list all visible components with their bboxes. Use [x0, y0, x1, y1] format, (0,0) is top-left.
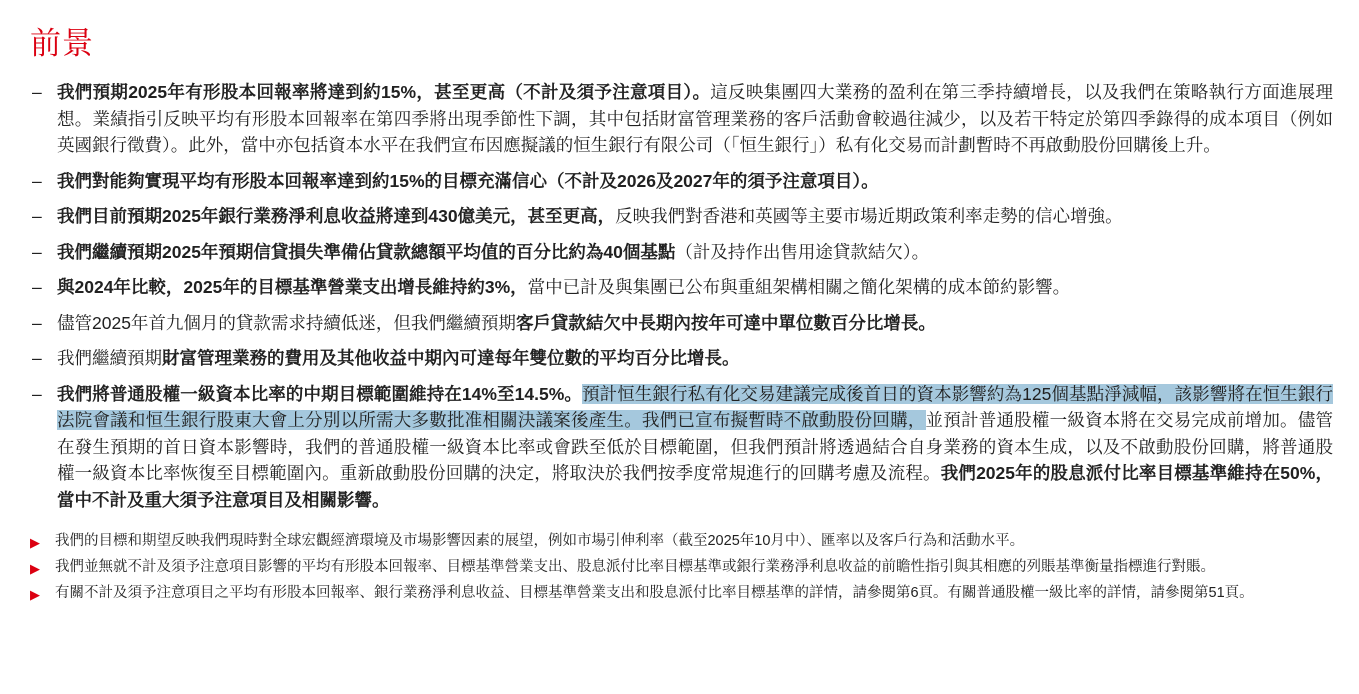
triangle-bullet-icon: ▶: [30, 532, 40, 553]
footnote-item: ▶有關不計及須予注意項目之平均有形股本回報率、銀行業務淨利息收益、目標基準營業支…: [30, 583, 1333, 604]
bullet-text: 我們目前預期2025年銀行業務淨利息收益將達到430億美元，甚至更高，: [57, 206, 615, 226]
dash-bullet-icon: –: [32, 345, 42, 372]
bullet-text: 我們繼續預期2025年預期信貸損失準備佔貸款總額平均值的百分比約為40個基點: [57, 242, 675, 262]
bullet-text: 與2024年比較，2025年的目標基準營業支出增長維持約3%，: [57, 277, 528, 297]
bullet-text: 客戶貸款結欠中長期內按年可達中單位數百分比增長。: [516, 313, 936, 333]
bullet-item: –我們對能夠實現平均有形股本回報率達到約15%的目標充滿信心（不計及2026及2…: [30, 168, 1333, 195]
bullet-text: 財富管理業務的費用及其他收益中期內可達每年雙位數的平均百分比增長。: [162, 348, 740, 368]
footnote-text: 我們的目標和期望反映我們現時對全球宏觀經濟環境及市場影響因素的展望，例如市場引伸…: [55, 533, 1024, 549]
bullet-text: 我們將普通股權一級資本比率的中期目標範圍維持在14%至14.5%。: [57, 384, 582, 404]
bullet-item: –我們將普通股權一級資本比率的中期目標範圍維持在14%至14.5%。預計恒生銀行…: [30, 381, 1333, 514]
bullet-item: –我們預期2025年有形股本回報率將達到約15%，甚至更高（不計及須予注意項目）…: [30, 79, 1333, 159]
dash-bullet-icon: –: [32, 79, 42, 106]
dash-bullet-icon: –: [32, 203, 42, 230]
triangle-bullet-icon: ▶: [30, 584, 40, 605]
footnote-list: ▶我們的目標和期望反映我們現時對全球宏觀經濟環境及市場影響因素的展望，例如市場引…: [30, 531, 1333, 604]
dash-bullet-icon: –: [32, 274, 42, 301]
bullet-text: （計及持作出售用途貸款結欠）。: [675, 242, 929, 262]
footnote-text: 我們並無就不計及須予注意項目影響的平均有形股本回報率、目標基準營業支出、股息派付…: [55, 559, 1215, 575]
dash-bullet-icon: –: [32, 168, 42, 195]
bullet-text: 我們繼續預期: [57, 348, 162, 368]
bullet-item: –我們目前預期2025年銀行業務淨利息收益將達到430億美元，甚至更高，反映我們…: [30, 203, 1333, 230]
dash-bullet-icon: –: [32, 381, 42, 408]
footnote-item: ▶我們的目標和期望反映我們現時對全球宏觀經濟環境及市場影響因素的展望，例如市場引…: [30, 531, 1333, 552]
bullet-text: 我們預期2025年有形股本回報率將達到約15%，甚至更高（不計及須予注意項目）。: [57, 82, 710, 102]
bullet-text: 反映我們對香港和英國等主要市場近期政策利率走勢的信心增強。: [615, 206, 1123, 226]
footnote-text: 有關不計及須予注意項目之平均有形股本回報率、銀行業務淨利息收益、目標基準營業支出…: [55, 585, 1254, 601]
bullet-text: 儘管2025年首九個月的貸款需求持續低迷，但我們繼續預期: [57, 313, 516, 333]
bullet-item: –我們繼續預期財富管理業務的費用及其他收益中期內可達每年雙位數的平均百分比增長。: [30, 345, 1333, 372]
page-title: 前景: [30, 18, 1333, 63]
dash-bullet-icon: –: [32, 239, 42, 266]
bullet-item: –與2024年比較，2025年的目標基準營業支出增長維持約3%，當中已計及與集團…: [30, 274, 1333, 301]
bullet-text: 當中已計及與集團已公布與重組架構相關之簡化架構的成本節約影響。: [528, 277, 1071, 297]
footnote-item: ▶我們並無就不計及須予注意項目影響的平均有形股本回報率、目標基準營業支出、股息派…: [30, 557, 1333, 578]
slide: 前景 –我們預期2025年有形股本回報率將達到約15%，甚至更高（不計及須予注意…: [0, 0, 1359, 694]
triangle-bullet-icon: ▶: [30, 558, 40, 579]
dash-bullet-icon: –: [32, 310, 42, 337]
main-bullet-list: –我們預期2025年有形股本回報率將達到約15%，甚至更高（不計及須予注意項目）…: [30, 79, 1333, 513]
bullet-item: –我們繼續預期2025年預期信貸損失準備佔貸款總額平均值的百分比約為40個基點（…: [30, 239, 1333, 266]
bullet-text: 我們對能夠實現平均有形股本回報率達到約15%的目標充滿信心（不計及2026及20…: [57, 171, 879, 191]
bullet-item: –儘管2025年首九個月的貸款需求持續低迷，但我們繼續預期客戶貸款結欠中長期內按…: [30, 310, 1333, 337]
